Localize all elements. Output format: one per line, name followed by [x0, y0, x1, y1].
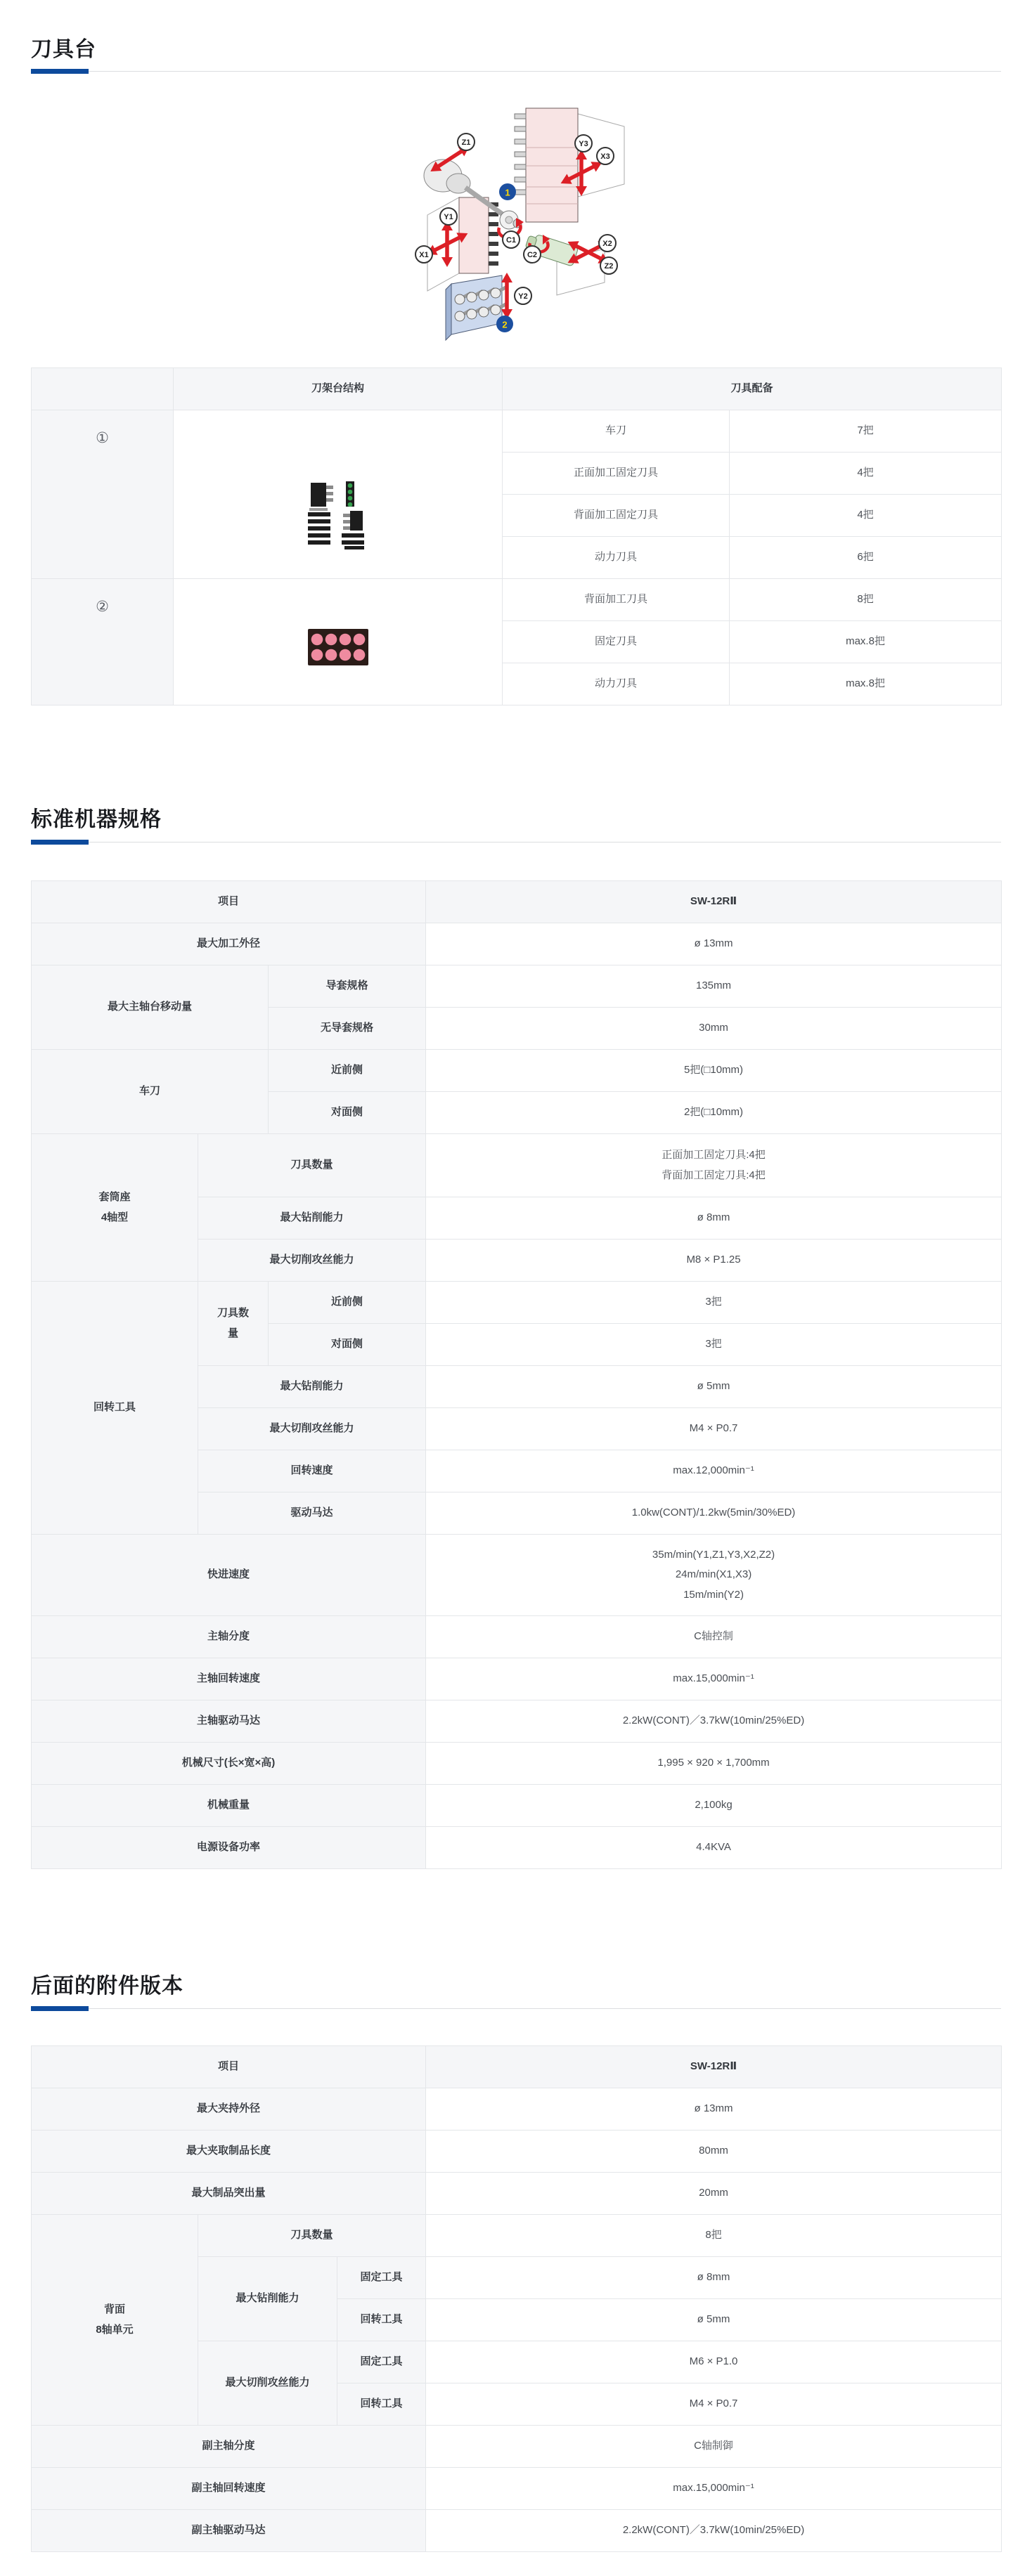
- svg-text:C2: C2: [527, 251, 537, 259]
- tool-post-diagram: 1 2 Z1 Y1 X1 C1 Y3 X3 X2 Z2 C2 Y2: [373, 98, 654, 348]
- station-2-structure-cell: [174, 579, 503, 705]
- section-title-standard-spec: 标准机器规格: [31, 807, 162, 833]
- spec-sublabel: 最大钻削能力: [198, 2257, 337, 2341]
- spec-value: 正面加工固定刀具:4把 背面加工固定刀具:4把: [426, 1134, 1002, 1197]
- spec-label: 副主轴驱动马达: [32, 2510, 426, 2552]
- axis-label-X3: X3: [597, 148, 614, 164]
- spec-label: 副主轴回转速度: [32, 2468, 426, 2510]
- spec-sublabel: 最大切削攻丝能力: [198, 1408, 426, 1450]
- tool-qty: 4把: [730, 495, 1002, 537]
- svg-text:X3: X3: [600, 152, 609, 161]
- svg-text:X1: X1: [419, 251, 428, 259]
- spec-label: 最大加工外径: [32, 923, 426, 965]
- svg-text:C1: C1: [506, 236, 516, 245]
- spec-label: 副主轴分度: [32, 2426, 426, 2468]
- spec-value: ø 5mm: [426, 2299, 1002, 2341]
- spec-sublabel: 近前侧: [269, 1050, 426, 1092]
- axis-label-Y2: Y2: [515, 287, 531, 304]
- spec-subsublabel: 近前侧: [269, 1282, 426, 1324]
- spec-value: max.12,000min⁻¹: [426, 1450, 1002, 1492]
- tool-qty: max.8把: [730, 621, 1002, 663]
- station-1-marker: ①: [32, 410, 174, 579]
- tool-layout-icon-1: [181, 460, 495, 558]
- spec-label: 最大制品突出量: [32, 2173, 426, 2215]
- spec-value: 80mm: [426, 2131, 1002, 2173]
- spec-sublabel: 回转速度: [198, 1450, 426, 1492]
- tool-name: 背面加工刀具: [503, 579, 730, 621]
- spec-subsublabel: 固定工具: [337, 2257, 426, 2299]
- tool-layout-icon-2: [181, 609, 495, 673]
- svg-text:Y1: Y1: [444, 213, 453, 221]
- section-rule: [31, 69, 1001, 74]
- tool-name: 背面加工固定刀具: [503, 495, 730, 537]
- spec-value: 2.2kW(CONT)／3.7kW(10min/25%ED): [426, 1700, 1002, 1743]
- station-marker-2: 2: [496, 316, 513, 332]
- page: 刀具台: [0, 0, 1032, 2576]
- spec-value: ø 13mm: [426, 2088, 1002, 2131]
- axis-label-C1: C1: [503, 231, 520, 248]
- spec-value: ø 5mm: [426, 1366, 1002, 1408]
- spec-value: 3把: [426, 1282, 1002, 1324]
- spec-value: M4 × P0.7: [426, 2383, 1002, 2426]
- svg-text:X2: X2: [602, 240, 612, 248]
- svg-text:2: 2: [502, 320, 507, 330]
- tool-qty: 8把: [730, 579, 1002, 621]
- spec-sublabel: 驱动马达: [198, 1492, 426, 1535]
- spec-sublabel: 刀具数量: [198, 1134, 426, 1197]
- tool-post-diagram-svg: 1 2 Z1 Y1 X1 C1 Y3 X3 X2 Z2 C2 Y2: [373, 98, 654, 348]
- spec-value: 20mm: [426, 2173, 1002, 2215]
- spec-value: C轴控制: [426, 1616, 1002, 1658]
- spec-value: 5把(□10mm): [426, 1050, 1002, 1092]
- axis-label-Z1: Z1: [458, 134, 475, 150]
- spec-value: C轴制御: [426, 2426, 1002, 2468]
- spec-value: ø 8mm: [426, 2257, 1002, 2299]
- spec-label: 最大夹持外径: [32, 2088, 426, 2131]
- spec-label: 套筒座 4轴型: [32, 1134, 198, 1282]
- spec-value: M6 × P1.0: [426, 2341, 1002, 2383]
- standard-spec-table: 项目 SW-12RⅡ 最大加工外径 ø 13mm 最大主轴台移动量 导套规格 1…: [31, 880, 1002, 1869]
- spec-subsublabel: 回转工具: [337, 2383, 426, 2426]
- section-title-rear-attachment: 后面的附件版本: [31, 1974, 183, 1999]
- tool-qty: 6把: [730, 537, 1002, 579]
- spec-value: 3把: [426, 1324, 1002, 1366]
- col-header-equipment: 刀具配备: [503, 368, 1002, 410]
- spec-label: 最大主轴台移动量: [32, 965, 269, 1050]
- rule-accent-bar: [31, 69, 89, 74]
- toolpost-config-table: 刀架台结构 刀具配备 ①: [31, 367, 1002, 705]
- col-header-structure: 刀架台结构: [174, 368, 503, 410]
- spec-value: 2,100kg: [426, 1785, 1002, 1827]
- rear-attachment-spec-table: 项目 SW-12RⅡ 最大夹持外径 ø 13mm 最大夹取制品长度 80mm 最…: [31, 2045, 1002, 2552]
- rule-accent-bar: [31, 2006, 89, 2011]
- spec-header-item: 项目: [32, 881, 426, 923]
- section-rule: [31, 840, 1001, 845]
- spec-value: ø 8mm: [426, 1197, 1002, 1240]
- svg-text:1: 1: [505, 188, 510, 198]
- tool-name: 车刀: [503, 410, 730, 453]
- spec-header-model: SW-12RⅡ: [426, 2046, 1002, 2088]
- spec-value: 2把(□10mm): [426, 1092, 1002, 1134]
- spec-sublabel: 无导套规格: [269, 1008, 426, 1050]
- spec-sublabel: 导套规格: [269, 965, 426, 1008]
- corner-cell: [32, 368, 174, 410]
- spec-value: 2.2kW(CONT)／3.7kW(10min/25%ED): [426, 2510, 1002, 2552]
- axis-label-C2: C2: [524, 246, 541, 263]
- spec-value: M4 × P0.7: [426, 1408, 1002, 1450]
- station-2-marker: ②: [32, 579, 174, 705]
- tool-name: 动力刀具: [503, 537, 730, 579]
- axis-label-X1: X1: [415, 246, 432, 263]
- spec-label: 回转工具: [32, 1282, 198, 1535]
- spec-value: 135mm: [426, 965, 1002, 1008]
- spec-label: 电源设备功率: [32, 1827, 426, 1869]
- spec-header-item: 项目: [32, 2046, 426, 2088]
- spec-value: max.15,000min⁻¹: [426, 2468, 1002, 2510]
- spec-sublabel: 刀具数量: [198, 2215, 426, 2257]
- spec-value: M8 × P1.25: [426, 1240, 1002, 1282]
- spec-sublabel: 最大钻削能力: [198, 1366, 426, 1408]
- tool-name: 正面加工固定刀具: [503, 453, 730, 495]
- axis-label-Z2: Z2: [600, 257, 617, 274]
- spec-label: 最大夹取制品长度: [32, 2131, 426, 2173]
- axis-label-X2: X2: [599, 235, 616, 252]
- axis-label-Y3: Y3: [575, 135, 592, 152]
- spec-value: 1.0kw(CONT)/1.2kw(5min/30%ED): [426, 1492, 1002, 1535]
- svg-text:Y3: Y3: [579, 140, 588, 148]
- svg-text:Z2: Z2: [605, 262, 614, 271]
- rule-line: [31, 842, 1001, 843]
- station-1-structure-cell: [174, 410, 503, 579]
- tool-qty: max.8把: [730, 663, 1002, 705]
- spec-sublabel: 最大切削攻丝能力: [198, 1240, 426, 1282]
- tool-name: 固定刀具: [503, 621, 730, 663]
- tool-qty: 7把: [730, 410, 1002, 453]
- rear-tool-post: [446, 275, 507, 340]
- tool-qty: 4把: [730, 453, 1002, 495]
- spec-label: 背面 8轴单元: [32, 2215, 198, 2426]
- spec-label: 主轴分度: [32, 1616, 426, 1658]
- spec-value: max.15,000min⁻¹: [426, 1658, 1002, 1700]
- section-rule: [31, 2006, 1001, 2011]
- spec-value: 4.4KVA: [426, 1827, 1002, 1869]
- spec-sublabel: 最大切削攻丝能力: [198, 2341, 337, 2426]
- spec-sublabel: 刀具数量: [198, 1282, 269, 1366]
- svg-text:Z1: Z1: [462, 138, 471, 147]
- station-marker-1: 1: [499, 183, 516, 200]
- spec-value: 1,995 × 920 × 1,700mm: [426, 1743, 1002, 1785]
- spec-subsublabel: 回转工具: [337, 2299, 426, 2341]
- spec-value: 8把: [426, 2215, 1002, 2257]
- svg-text:Y2: Y2: [518, 292, 527, 301]
- section-title-toolpost: 刀具台: [31, 37, 96, 63]
- opposite-tool-post: [515, 108, 578, 222]
- tool-name: 动力刀具: [503, 663, 730, 705]
- spec-sublabel: 对面侧: [269, 1092, 426, 1134]
- spec-label: 机械重量: [32, 1785, 426, 1827]
- spec-label: 车刀: [32, 1050, 269, 1134]
- spec-value: 30mm: [426, 1008, 1002, 1050]
- spec-value: ø 13mm: [426, 923, 1002, 965]
- axis-label-Y1: Y1: [440, 208, 457, 225]
- spec-sublabel: 最大钻削能力: [198, 1197, 426, 1240]
- spec-subsublabel: 对面侧: [269, 1324, 426, 1366]
- spec-label: 快进速度: [32, 1535, 426, 1616]
- spec-label: 机械尺寸(长×宽×高): [32, 1743, 426, 1785]
- spec-value: 35m/min(Y1,Z1,Y3,X2,Z2) 24m/min(X1,X3) 1…: [426, 1535, 1002, 1616]
- spec-label: 主轴驱动马达: [32, 1700, 426, 1743]
- spec-label: 主轴回转速度: [32, 1658, 426, 1700]
- spec-header-model: SW-12RⅡ: [426, 881, 1002, 923]
- rule-line: [31, 2008, 1001, 2009]
- rule-accent-bar: [31, 840, 89, 845]
- rule-line: [31, 71, 1001, 72]
- spec-subsublabel: 固定工具: [337, 2341, 426, 2383]
